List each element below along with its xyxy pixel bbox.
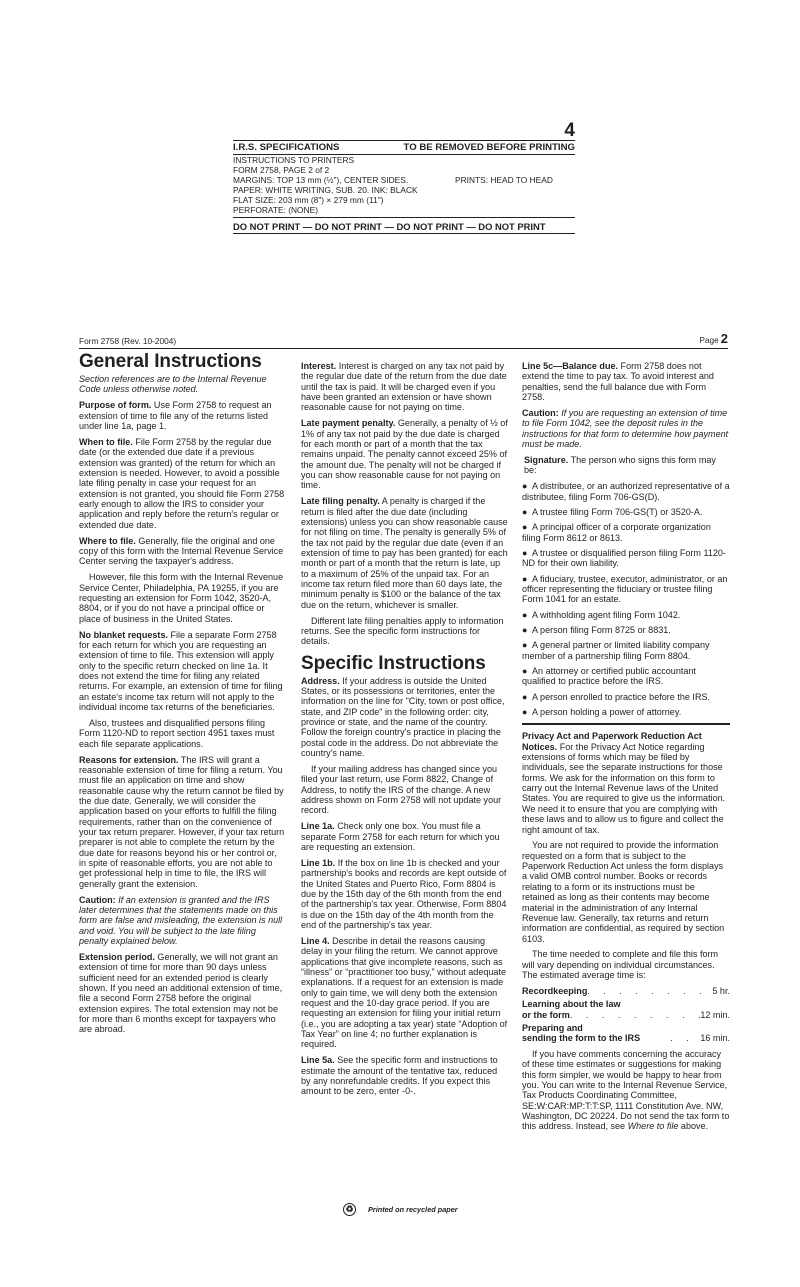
- column-general-instructions: General Instructions Section references …: [79, 352, 285, 1040]
- spec-lines: INSTRUCTIONS TO PRINTERS FORM 2758, PAGE…: [233, 155, 575, 218]
- signer-list: ●A distributee, or an authorized represe…: [522, 481, 730, 717]
- late-payment-penalty: Late payment penalty. Generally, a penal…: [301, 418, 508, 490]
- spec-header: I.R.S. SPECIFICATIONS TO BE REMOVED BEFO…: [233, 140, 575, 155]
- line-1b: Line 1b. If the box on line 1b is checke…: [301, 858, 508, 930]
- line-5a: Line 5a. See the specific form and instr…: [301, 1055, 508, 1096]
- section-divider: [522, 723, 730, 725]
- caution-form-1042: Caution: If you are requesting an extens…: [522, 408, 730, 449]
- purpose-of-form: Purpose of form. Use Form 2758 to reques…: [79, 400, 285, 431]
- spec-line: PERFORATE: (NONE): [233, 205, 575, 215]
- list-item: ●A general partner or limited liability …: [522, 640, 730, 661]
- where-to-file-reference: Where to file: [628, 1121, 679, 1131]
- address: Address. If your address is outside the …: [301, 676, 508, 759]
- form-id: Form 2758 (Rev. 10-2004): [79, 336, 176, 346]
- bullet-icon: ●: [522, 640, 532, 650]
- footer: ♻ Printed on recycled paper: [343, 1203, 458, 1216]
- spec-line: FLAT SIZE: 203 mm (8") × 279 mm (11"): [233, 195, 575, 205]
- recycled-paper-note: Printed on recycled paper: [368, 1205, 458, 1214]
- signature: Signature. The person who signs this for…: [522, 455, 730, 476]
- bullet-icon: ●: [522, 666, 532, 676]
- do-not-print-banner: DO NOT PRINT — DO NOT PRINT — DO NOT PRI…: [233, 218, 575, 234]
- time-estimate-intro: The time needed to complete and file thi…: [522, 949, 730, 980]
- list-item: ●A trustee or disqualified person filing…: [522, 548, 730, 569]
- list-item: ●A person enrolled to practice before th…: [522, 692, 730, 702]
- list-item: ●A person filing Form 8725 or 8831.: [522, 625, 730, 635]
- paperwork-reduction-note: You are not required to provide the info…: [522, 840, 730, 943]
- list-item: ●A fiduciary, trustee, executor, adminis…: [522, 574, 730, 605]
- time-row-recordkeeping: Recordkeeping. . . . . . . . .5 hr.: [522, 986, 730, 996]
- bullet-icon: ●: [522, 574, 532, 584]
- late-filing-penalty: Late filing penalty. A penalty is charge…: [301, 496, 508, 610]
- caution-false-statements: Caution: If an extension is granted and …: [79, 895, 285, 947]
- time-row-preparing: sending the form to the IRS. .16 min.: [522, 1033, 730, 1043]
- spec-line: FORM 2758, PAGE 2 of 2: [233, 165, 575, 175]
- page-header: Form 2758 (Rev. 10-2004) Page2: [79, 331, 728, 349]
- spec-page-number: 4: [233, 122, 575, 140]
- line-4: Line 4. Describe in detail the reasons c…: [301, 936, 508, 1050]
- bullet-icon: ●: [522, 625, 532, 635]
- section-references-note: Section references are to the Internal R…: [79, 374, 285, 395]
- privacy-act-notice: Privacy Act and Paperwork Reduction Act …: [522, 731, 730, 834]
- list-item: ●A distributee, or an authorized represe…: [522, 481, 730, 502]
- time-row-preparing-label: Preparing and: [522, 1023, 730, 1033]
- list-item: ●A trustee filing Form 706-GS(T) or 3520…: [522, 507, 730, 517]
- list-item: ●A person holding a power of attorney.: [522, 707, 730, 717]
- when-to-file: When to file. File Form 2758 by the regu…: [79, 437, 285, 530]
- spec-line: PAPER: WHITE WRITING, SUB. 20. INK: BLAC…: [233, 185, 575, 195]
- list-item: ●An attorney or certified public account…: [522, 666, 730, 687]
- no-blanket-requests: No blanket requests. File a separate For…: [79, 630, 285, 713]
- bullet-icon: ●: [522, 522, 532, 532]
- spec-line: MARGINS: TOP 13 mm (½"), CENTER SIDES.: [233, 175, 455, 185]
- extension-period: Extension period. Generally, we will not…: [79, 952, 285, 1035]
- bullet-icon: ●: [522, 610, 532, 620]
- where-to-file-philadelphia: However, file this form with the Interna…: [79, 572, 285, 624]
- reasons-for-extension: Reasons for extension. The IRS will gran…: [79, 755, 285, 889]
- information-returns-note: Different late filing penalties apply to…: [301, 616, 508, 647]
- spec-title: I.R.S. SPECIFICATIONS: [233, 142, 339, 154]
- where-to-file: Where to file. Generally, file the origi…: [79, 536, 285, 567]
- time-row-learning-label: Learning about the law: [522, 999, 730, 1009]
- printer-spec-box: 4 I.R.S. SPECIFICATIONS TO BE REMOVED BE…: [233, 122, 575, 234]
- bullet-icon: ●: [522, 548, 532, 558]
- trustees-note: Also, trustees and disqualified persons …: [79, 718, 285, 749]
- line-1a: Line 1a. Check only one box. You must fi…: [301, 821, 508, 852]
- column-penalties-specific: Interest. Interest is charged on any tax…: [301, 361, 508, 1102]
- interest: Interest. Interest is charged on any tax…: [301, 361, 508, 413]
- line-5c-balance-due: Line 5c—Balance due. Form 2758 does not …: [522, 361, 730, 402]
- bullet-icon: ●: [522, 692, 532, 702]
- bullet-icon: ●: [522, 707, 532, 717]
- page-number: Page2: [699, 331, 728, 346]
- list-item: ●A principal officer of a corporate orga…: [522, 522, 730, 543]
- list-item: ●A withholding agent filing Form 1042.: [522, 610, 730, 620]
- recycle-icon: ♻: [343, 1203, 356, 1216]
- spec-remove-note: TO BE REMOVED BEFORE PRINTING: [404, 142, 575, 154]
- general-instructions-heading: General Instructions: [79, 352, 285, 372]
- comments-contact: If you have comments concerning the accu…: [522, 1049, 730, 1132]
- time-estimates: Recordkeeping. . . . . . . . .5 hr. Lear…: [522, 986, 730, 1044]
- change-of-address: If your mailing address has changed sinc…: [301, 764, 508, 816]
- column-balance-signature-privacy: Line 5c—Balance due. Form 2758 does not …: [522, 361, 730, 1137]
- spec-line: INSTRUCTIONS TO PRINTERS: [233, 155, 575, 165]
- time-row-learning: or the form. . . . . . . . .12 min.: [522, 1010, 730, 1020]
- spec-prints: PRINTS: HEAD TO HEAD: [455, 175, 553, 185]
- bullet-icon: ●: [522, 507, 532, 517]
- specific-instructions-heading: Specific Instructions: [301, 654, 508, 674]
- bullet-icon: ●: [522, 481, 532, 491]
- spec-line-row: MARGINS: TOP 13 mm (½"), CENTER SIDES. P…: [233, 175, 575, 185]
